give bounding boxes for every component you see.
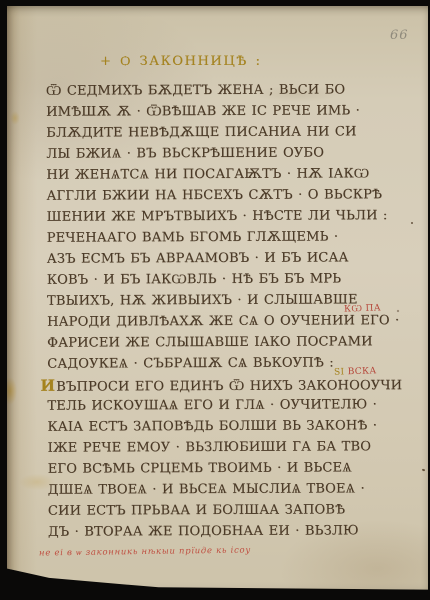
- text-line: твыихъ, нѫ живыихъ · и слышавше: [40, 289, 374, 311]
- margin-note-rubric: вска: [348, 366, 377, 377]
- text-line: ковъ · и бъ іакѡвль · нѣ бъ бъ мрь: [40, 268, 374, 290]
- text-line: аггли бжии на нбсехъ сѫтъ · о вьскрѣ: [39, 184, 373, 206]
- ink-speck: [411, 222, 413, 224]
- manuscript-page: 66 + ѻ законницѣ : ѿ седмихъ бѫдетъ жена…: [7, 6, 428, 592]
- text-line: дшеѧ твоеѧ · и вьсеѧ мыслиѧ твоеѧ ·: [41, 478, 375, 500]
- text-line: каіа естъ заповѣдь болши вь законѣ ·: [40, 415, 374, 437]
- bottom-liturgical-note: не еі в ѡ законникь нѣкыи прїиде кь ісоу: [39, 545, 251, 559]
- text-line: ни женѧтсѧ ни посагаѭтъ · нѫ іакѡ: [39, 163, 373, 185]
- text-line: тель искоушаѧ его и глѧ · оучителю ·: [40, 394, 374, 416]
- text-line: лы бжиѧ · въ вьскрѣшение оубо: [39, 142, 373, 164]
- text-line: въпроси его единъ ѿ нихъ законооучи: [56, 378, 402, 395]
- text-line: народи дивлѣахѫ же сѧ о оучении его ·: [40, 310, 374, 332]
- text-line: блѫдите невѣдѫще писаниа ни си: [39, 121, 373, 143]
- margin-note-lection-end: кѡ па: [344, 302, 381, 314]
- text-line: его всѣмь срцемь твоимь · и вьсеѧ: [41, 457, 375, 479]
- text-line: азъ есмъ бъ авраамовъ · и бъ исаа: [40, 247, 374, 269]
- text-line: шении же мрътвыихъ · нѣсте ли чьли :: [40, 205, 374, 227]
- text-line: имѣшѫ ѫ · ѿвѣшав же іс рече имь ·: [39, 100, 373, 122]
- margin-note-lection-start: ѕі вска: [334, 366, 377, 377]
- photo-background: 66 + ѻ законницѣ : ѿ седмихъ бѫдетъ жена…: [0, 0, 430, 600]
- gold-drop-initial: И: [40, 376, 55, 395]
- text-line: дъ · втораа же подобнаа еи · вьзлю: [41, 520, 375, 542]
- text-line-with-initial: Ивъпроси его единъ ѿ нихъ законооучи: [40, 373, 374, 395]
- margin-note-number: ѕі: [334, 367, 345, 377]
- text-line: садоукеѧ · събрашѫ сѧ вькоупѣ :: [40, 352, 374, 374]
- main-text-block: ѿ седмихъ бѫдетъ жена ; вьси бо имѣшѫ ѫ …: [39, 79, 375, 542]
- folio-number: 66: [390, 28, 409, 43]
- text-line: реченааго вамь бгомь глѫщемь ·: [40, 226, 374, 248]
- text-line: іже рече емоу · вьзлюбиши га ба тво: [41, 436, 375, 458]
- text-line: сии естъ прьваа и болшаа заповѣ: [41, 499, 375, 521]
- chapter-heading-rubric: + ѻ законницѣ :: [100, 53, 262, 69]
- ink-speck: [422, 469, 426, 472]
- text-line: ѿ седмихъ бѫдетъ жена ; вьси бо: [39, 79, 373, 101]
- text-line: фарисеи же слышавше іако посрами: [40, 331, 374, 353]
